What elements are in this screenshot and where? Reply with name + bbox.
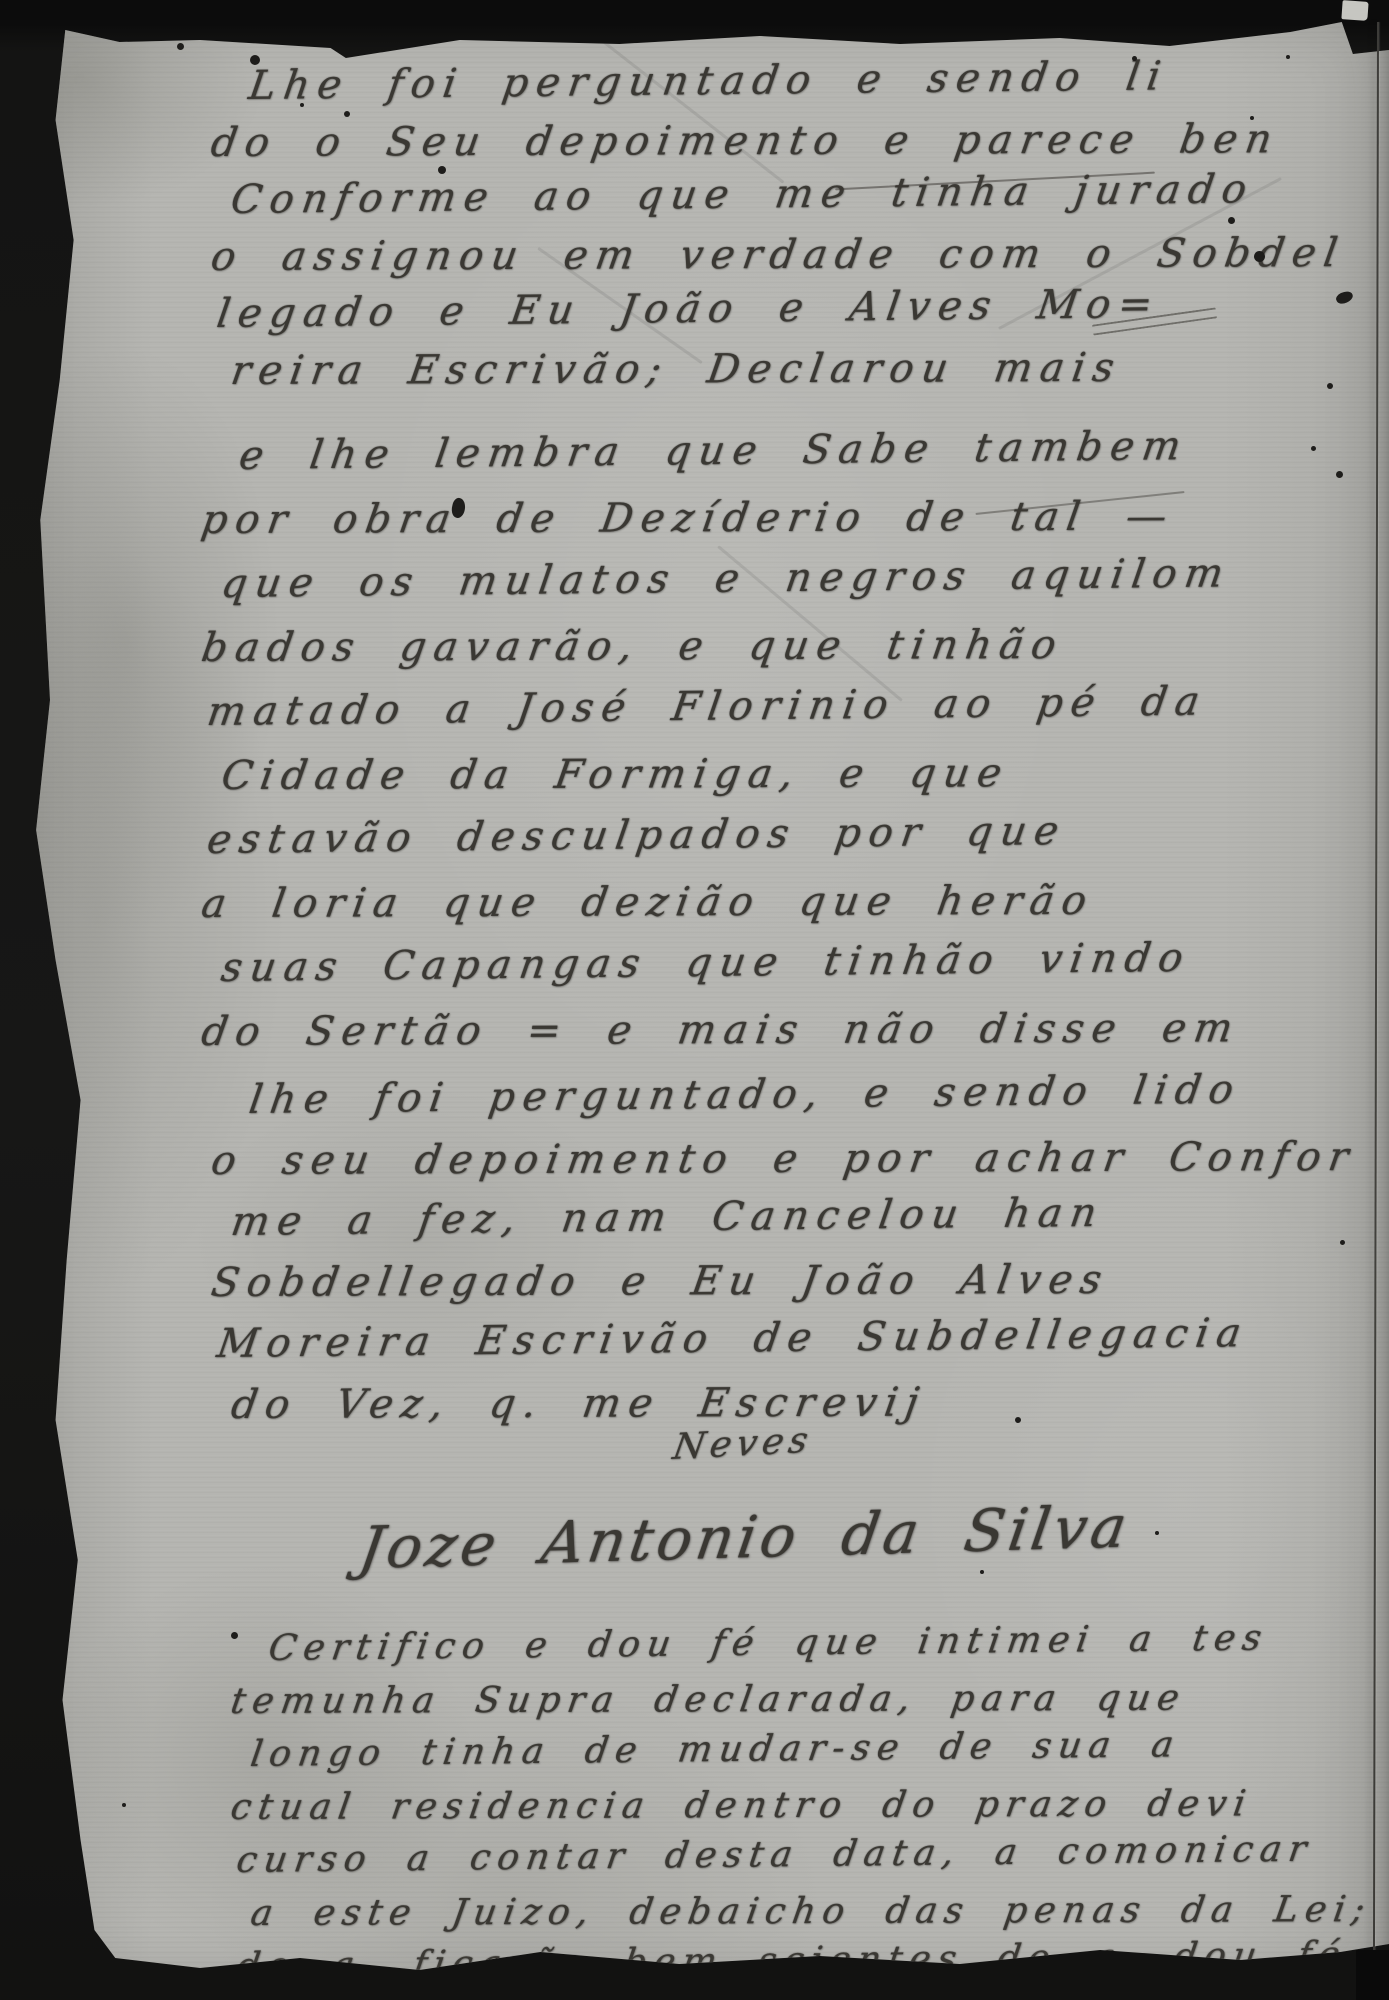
manuscript-line: do Sertão = e mais não disse em — [197, 996, 1245, 1064]
ink-speck — [231, 1632, 238, 1639]
paper-fragment — [1341, 0, 1368, 21]
ink-speck — [438, 166, 446, 174]
ink-speck — [980, 1570, 984, 1574]
ink-speck — [1327, 383, 1333, 389]
manuscript-line: reira Escrivão; Declarou mais — [227, 339, 1349, 400]
ink-speck — [1015, 1417, 1021, 1423]
ink-speck — [1132, 56, 1137, 61]
ink-speck — [1228, 217, 1235, 224]
ink-speck — [93, 16, 99, 22]
scanned-document: Lhe foi perguntado e sendo lido o Seu de… — [0, 0, 1389, 2000]
paragraph-clerk_signature: Neves — [638, 1428, 808, 1468]
scanner-bed-corner — [1356, 1950, 1389, 2000]
paragraph-opening: Lhe foi perguntado e sendo lido o Seu de… — [213, 58, 1340, 400]
ink-speck — [1311, 446, 1316, 451]
ink-speck — [1286, 55, 1290, 59]
manuscript-page: Lhe foi perguntado e sendo lido o Seu de… — [0, 0, 1389, 2000]
manuscript-line: por obra de Dezíderio de tal — — [197, 484, 1245, 552]
manuscript-line: Lhe foi perguntado e sendo li — [245, 47, 1350, 115]
paragraph-witness_signature: Joze Antonio da Silva — [322, 1508, 1121, 1588]
manuscript-line: Conforme ao que me tinha jurado — [227, 160, 1350, 229]
manuscript-text: Lhe foi perguntado e sendo lido o Seu de… — [0, 0, 1389, 2000]
paragraph-closing: lhe foi perguntado, e sendo lidoo seu de… — [213, 1070, 1351, 1436]
ink-speck — [1155, 1531, 1159, 1535]
manuscript-line: Certifico e dou fé que intimei a tes — [265, 1610, 1389, 1675]
paragraph-certificate: Certifico e dou fé que intimei a testemu… — [233, 1622, 1389, 1993]
ink-speck — [1250, 116, 1254, 120]
ink-speck — [1254, 251, 1265, 262]
manuscript-line: me a fez, nam Cancelou han — [227, 1180, 1361, 1253]
ink-speck — [122, 1803, 126, 1807]
manuscript-line: que os mulatos e negros aquilom — [217, 541, 1246, 616]
manuscript-line: suas Capangas que tinhão vindo — [217, 925, 1246, 1000]
manuscript-line: lhe foi perguntado, e sendo lido — [245, 1058, 1361, 1131]
manuscript-line: estavão desculpados por que — [203, 797, 1246, 872]
manuscript-line: a loria que dezião que herão — [197, 868, 1245, 936]
manuscript-line: e lhe lembra que Sabe tambem — [235, 414, 1246, 488]
paragraph-body: e lhe lembra que Sabe tambempor obra de … — [203, 424, 1235, 1064]
ink-speck — [43, 303, 48, 308]
manuscript-line: legado e Eu João e Alves Mo= — [213, 274, 1350, 343]
manuscript-line: Neves — [670, 1421, 816, 1468]
ink-speck — [344, 111, 350, 117]
manuscript-line: matado a José Florinio ao pé da — [203, 669, 1246, 744]
ink-speck — [177, 43, 184, 50]
ink-speck — [300, 103, 304, 107]
manuscript-line: Joze Antonio da Silva — [354, 1487, 1136, 1588]
ink-speck — [1340, 1240, 1345, 1245]
ink-speck — [250, 55, 260, 65]
manuscript-line: Moreira Escrivão de Subdellegacia — [213, 1302, 1361, 1375]
ink-speck — [1336, 471, 1343, 478]
